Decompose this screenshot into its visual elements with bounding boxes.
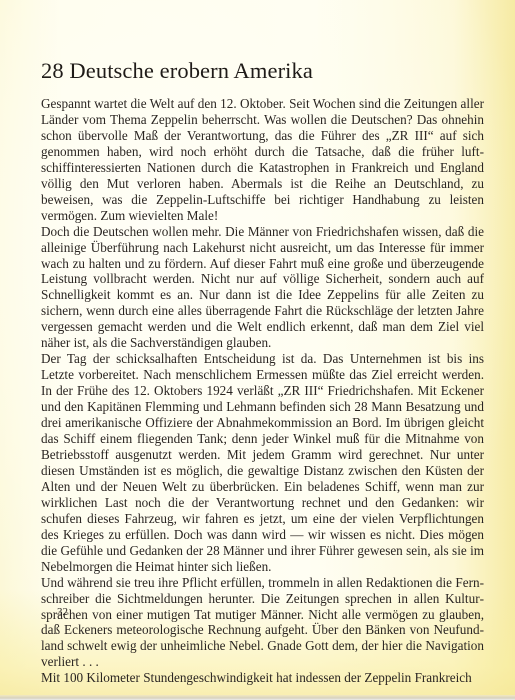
chapter-title: 28 Deutsche erobern Amerika (41, 58, 484, 84)
paragraph-2: Doch die Deutschen wollen mehr. Die Männ… (41, 224, 484, 352)
paragraph-4: Und während sie treu ihre Pflicht erfüll… (41, 575, 484, 671)
page-number: 32 (57, 606, 68, 618)
paragraph-5: Mit 100 Kilometer Stundengeschwindigkeit… (41, 670, 484, 686)
page-content: 28 Deutsche erobern Amerika Gespannt war… (41, 58, 484, 686)
paragraph-3: Der Tag der schicksalhaften Entscheidung… (41, 351, 484, 574)
page-bottom-edge (0, 695, 515, 700)
paragraph-1: Gespannt wartet die Welt auf den 12. Okt… (41, 96, 484, 224)
